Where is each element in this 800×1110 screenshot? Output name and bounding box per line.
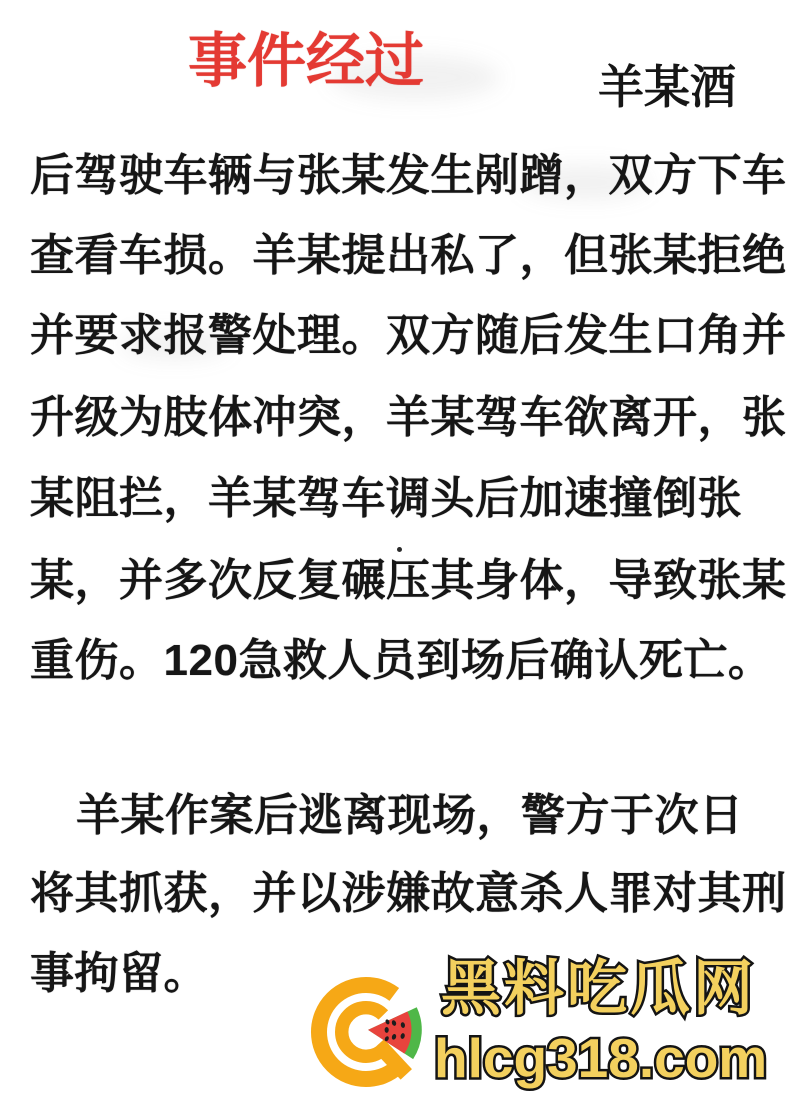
- body-text-line: 升级为肢体冲突，羊某驾车欲离开，张: [30, 392, 787, 444]
- body-text-line: 并要求报警处理。双方随后发生口角并: [30, 310, 787, 362]
- body-text-line: 某阻拦，羊某驾车调头后加速撞倒张: [30, 473, 742, 525]
- document-page: 事件经过 羊某酒 后驾驶车辆与张某发生剐蹭，双方下车 查看车损。羊某提出私了，但…: [0, 0, 800, 1110]
- body-text-line: 后驾驶车辆与张某发生剐蹭，双方下车: [30, 150, 787, 202]
- body-text-line: 羊某作案后逃离现场，警方于次日: [76, 790, 744, 842]
- body-text-line: 某，并多次反复碾压其身体，导致张某: [30, 555, 787, 607]
- paragraph-intro-fragment: 羊某酒: [598, 64, 736, 110]
- stray-dot-artifact: [397, 547, 402, 552]
- body-text-line: 查看车损。羊某提出私了，但张某拒绝: [30, 230, 787, 282]
- watermark-site-url: hlcg318.com: [434, 1028, 767, 1089]
- watermark-site-name: 黑料吃瓜网: [441, 956, 756, 1022]
- body-text-line: 将其抓获，并以涉嫌故意杀人罪对其刑: [30, 868, 787, 920]
- body-text-line: 重伤。120急救人员到场后确认死亡。: [30, 635, 772, 687]
- body-text-line: 事拘留。: [30, 948, 208, 1000]
- page-title: 事件经过: [188, 32, 424, 91]
- site-logo: [304, 970, 428, 1094]
